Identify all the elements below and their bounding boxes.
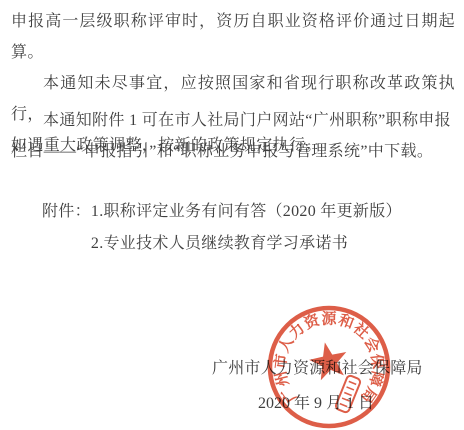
attachment-label: 附件： [42,196,91,260]
official-seal: 广州市人力资源和社会保障局 [264,302,394,430]
attachment-item: 2.专业技术人员继续教育学习承诺书 [91,228,402,260]
svg-text:市: 市 [271,353,291,370]
svg-text:保: 保 [367,353,387,370]
document-page: 申报高一层级职称评审时，资历自职业资格评价通过日期起算。 本通知未尽事宜，应按照… [0,0,464,430]
attachment-list: 附件： 1.职称评定业务有问有答（2020 年更新版） 2.专业技术人员继续教育… [42,196,402,260]
svg-text:州: 州 [272,369,292,388]
body-line: 本通知附件 1 可在市人社局门户网站“广州职称”职称申报 [11,105,455,136]
body-line: 栏目——“申报指引”和“职称业务申报与管理系统”中下载。 [11,136,455,167]
attachment-item: 1.职称评定业务有问有答（2020 年更新版） [91,196,402,228]
body-line: 申报高一层级职称评审时，资历自职业资格评价通过日期起算。 [11,6,455,68]
seal-star-icon [306,338,351,381]
body-paragraph-2: 本通知附件 1 可在市人社局门户网站“广州职称”职称申报 栏目——“申报指引”和… [11,105,455,167]
svg-text:源: 源 [321,310,337,327]
seal-code-badge [335,375,361,414]
